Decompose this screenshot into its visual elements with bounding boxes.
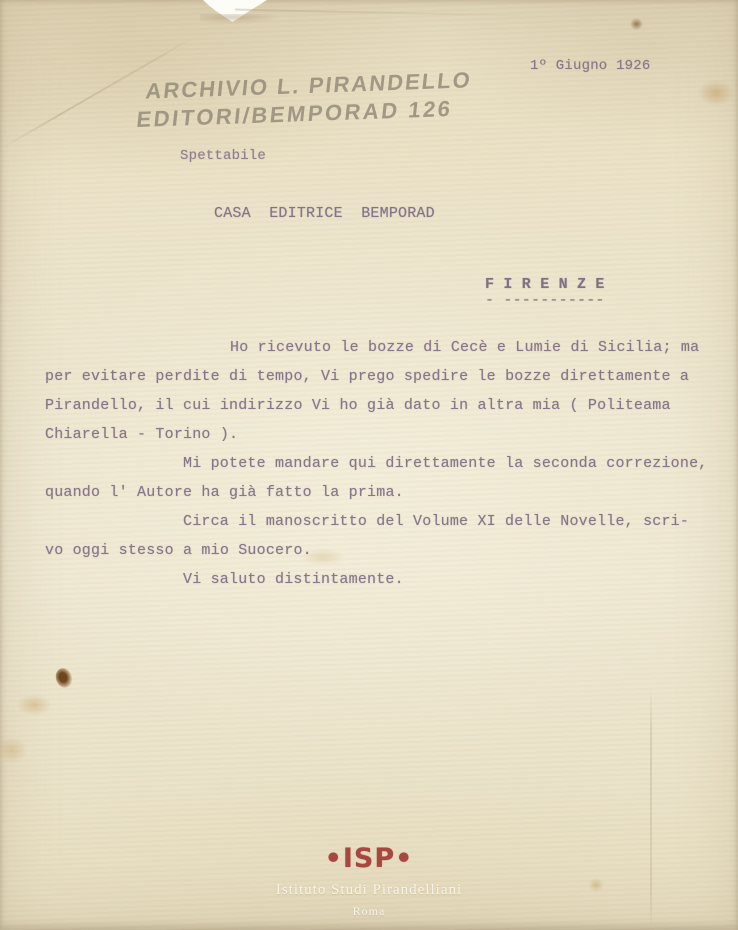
letter-line: Circa il manoscritto del Volume XI delle… <box>45 507 720 536</box>
scanned-letter-page: 1º Giugno 1926 ARCHIVIO L. PIRANDELLO ED… <box>0 0 738 930</box>
torn-edge-shadow <box>200 14 280 24</box>
stain-spot <box>16 694 52 716</box>
stain-spot <box>0 736 28 764</box>
letter-body: Ho ricevuto le bozze di Cecè e Lumie di … <box>45 333 720 594</box>
recipient-city: F I R E N Z E <box>485 276 605 293</box>
stain-spot <box>630 18 643 30</box>
archive-annotation: ARCHIVIO L. PIRANDELLO EDITORI/BEMPORAD … <box>141 66 473 134</box>
letter-line: Pirandello, il cui indirizzo Vi ho già d… <box>45 391 720 420</box>
letter-line: Mi potete mandare qui direttamente la se… <box>45 449 720 478</box>
stain-spot <box>53 666 75 690</box>
closing-line: Vi saluto distintamente. <box>45 565 720 594</box>
letter-line: quando l' Autore ha già fatto la prima. <box>45 478 720 507</box>
letter-line: Ho ricevuto le bozze di Cecè e Lumie di … <box>45 333 720 362</box>
isp-stamp: •ISP• <box>0 843 738 874</box>
salutation: Spettabile <box>180 148 266 164</box>
top-crease <box>235 9 565 18</box>
watermark-institute: Istituto Studi Pirandelliani <box>0 882 738 899</box>
letter-line: per evitare perdite di tempo, Vi prego s… <box>45 362 720 391</box>
recipient-name: CASA EDITRICE BEMPORAD <box>214 205 435 222</box>
letter-line: Chiarella - Torino ). <box>45 420 720 449</box>
letter-date: 1º Giugno 1926 <box>530 58 650 74</box>
letter-line: vo oggi stesso a mio Suocero. <box>45 536 720 565</box>
stain-spot <box>698 80 734 106</box>
watermark-city: Roma <box>0 904 738 919</box>
city-underline: - ----------- <box>485 292 605 309</box>
